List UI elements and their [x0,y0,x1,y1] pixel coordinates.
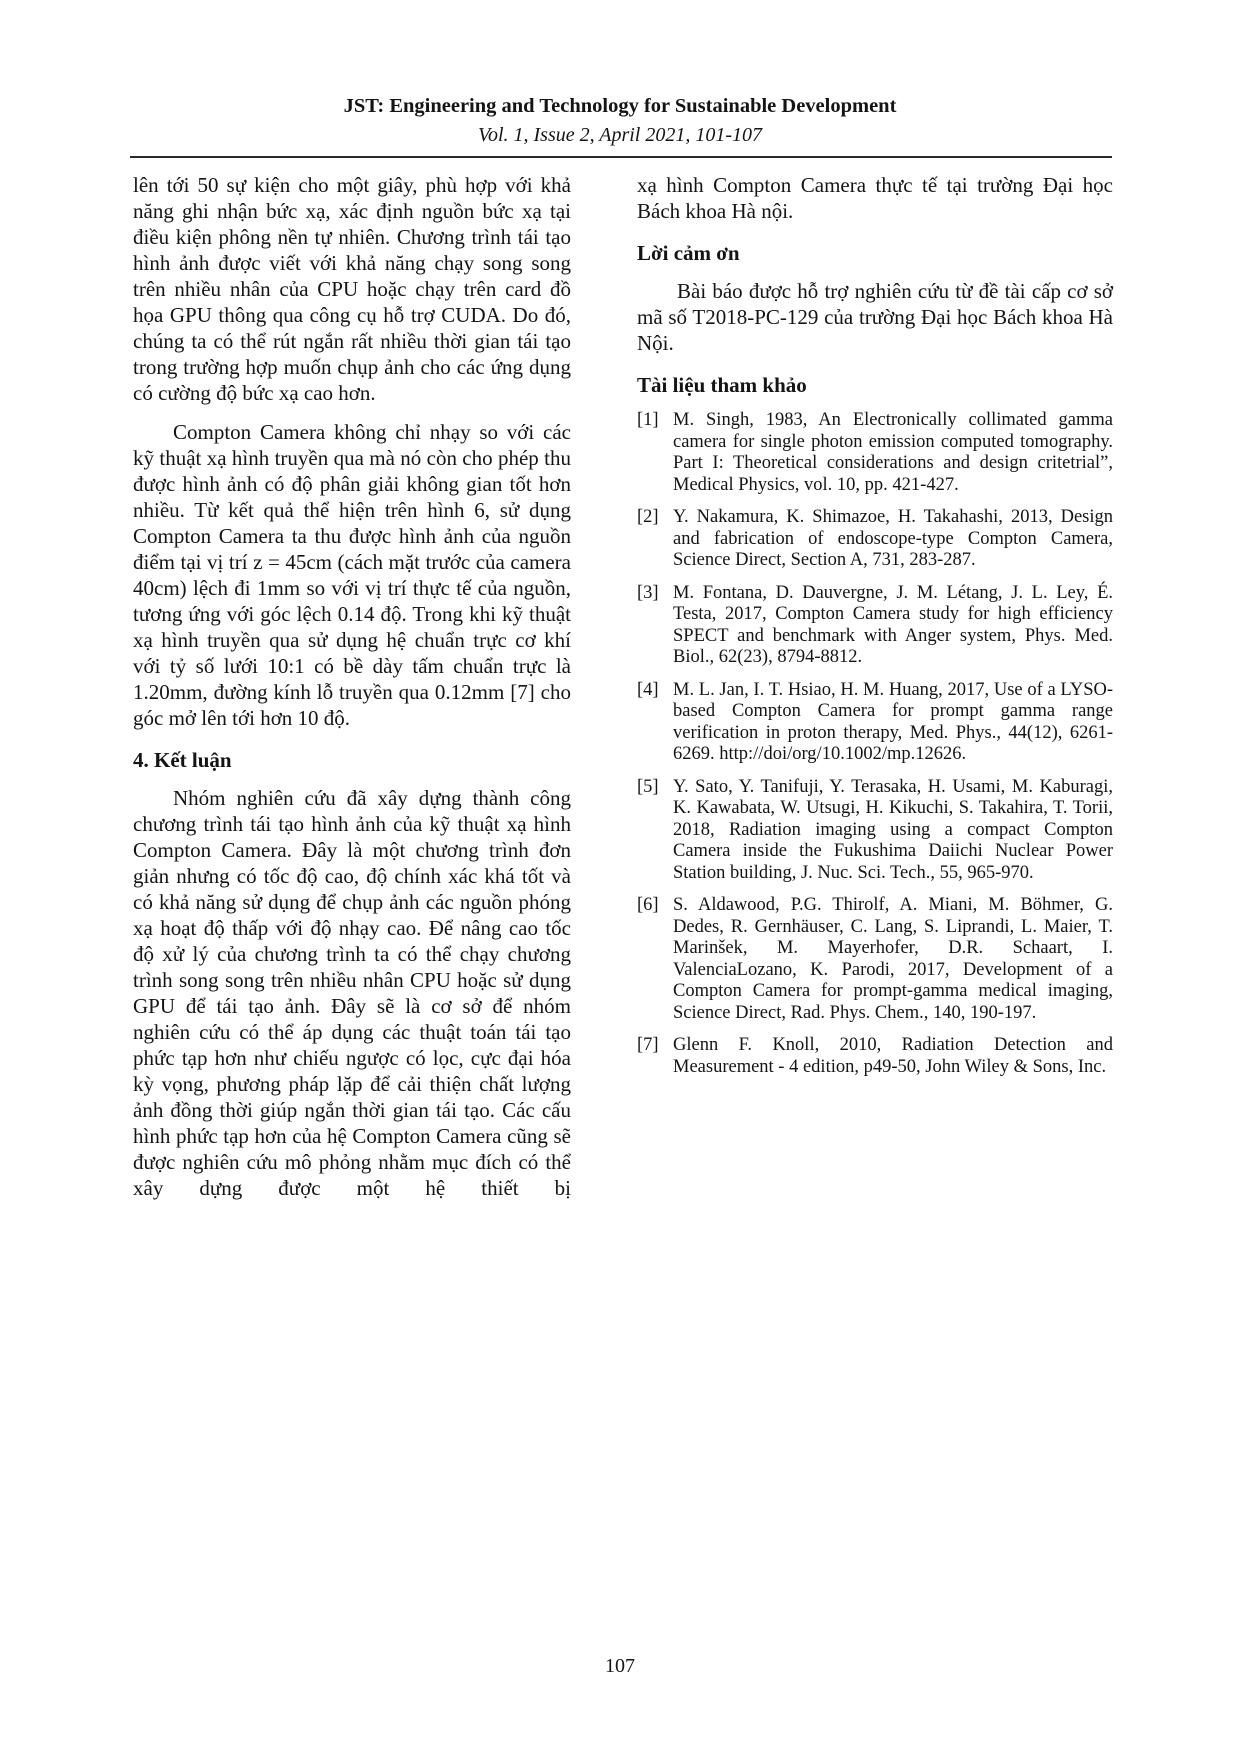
reference-label: [1] [637,410,673,496]
paper-page: JST: Engineering and Technology for Sust… [0,0,1240,1753]
header-divider [130,156,1112,158]
reference-text: S. Aldawood, P.G. Thirolf, A. Miani, M. … [673,895,1113,1024]
issue-info: Vol. 1, Issue 2, April 2021, 101-107 [0,123,1240,147]
body-paragraph-2: Compton Camera không chỉ nhạy so với các… [133,419,571,731]
page-number: 107 [0,1655,1240,1678]
acknowledgement-paragraph: Bài báo được hỗ trợ nghiên cứu từ đề tài… [637,278,1113,356]
reference-label: [3] [637,583,673,669]
column-gutter [571,172,637,1214]
reference-item-6: [6] S. Aldawood, P.G. Thirolf, A. Miani,… [637,895,1113,1024]
reference-item-2: [2] Y. Nakamura, K. Shimazoe, H. Takahas… [637,507,1113,572]
reference-label: [6] [637,895,673,1024]
reference-item-4: [4] M. L. Jan, I. T. Hsiao, H. M. Huang,… [637,680,1113,766]
journal-title: JST: Engineering and Technology for Sust… [0,94,1240,118]
reference-item-1: [1] M. Singh, 1983, An Electronically co… [637,410,1113,496]
reference-item-3: [3] M. Fontana, D. Dauvergne, J. M. Léta… [637,583,1113,669]
right-column: xạ hình Compton Camera thực tế tại trườn… [637,172,1113,1214]
left-column: lên tới 50 sự kiện cho một giây, phù hợp… [133,172,571,1214]
reference-text: Y. Nakamura, K. Shimazoe, H. Takahashi, … [673,507,1113,572]
reference-list: [1] M. Singh, 1983, An Electronically co… [637,410,1113,1078]
conclusion-heading: 4. Kết luận [133,747,571,773]
reference-label: [2] [637,507,673,572]
reference-text: Glenn F. Knoll, 2010, Radiation Detectio… [673,1035,1113,1078]
reference-label: [5] [637,777,673,885]
two-column-body: lên tới 50 sự kiện cho một giây, phù hợp… [133,172,1113,1214]
conclusion-paragraph: Nhóm nghiên cứu đã xây dựng thành công c… [133,785,571,1201]
reference-item-5: [5] Y. Sato, Y. Tanifuji, Y. Terasaka, H… [637,777,1113,885]
reference-text: Y. Sato, Y. Tanifuji, Y. Terasaka, H. Us… [673,777,1113,885]
reference-label: [7] [637,1035,673,1078]
reference-text: M. L. Jan, I. T. Hsiao, H. M. Huang, 201… [673,680,1113,766]
body-paragraph-1: lên tới 50 sự kiện cho một giây, phù hợp… [133,172,571,406]
page-header: JST: Engineering and Technology for Sust… [0,94,1240,147]
reference-label: [4] [637,680,673,766]
reference-item-7: [7] Glenn F. Knoll, 2010, Radiation Dete… [637,1035,1113,1078]
continuation-paragraph: xạ hình Compton Camera thực tế tại trườn… [637,172,1113,224]
reference-text: M. Singh, 1983, An Electronically collim… [673,410,1113,496]
references-heading: Tài liệu tham khảo [637,372,1113,398]
reference-text: M. Fontana, D. Dauvergne, J. M. Létang, … [673,583,1113,669]
acknowledgement-heading: Lời cảm ơn [637,240,1113,266]
